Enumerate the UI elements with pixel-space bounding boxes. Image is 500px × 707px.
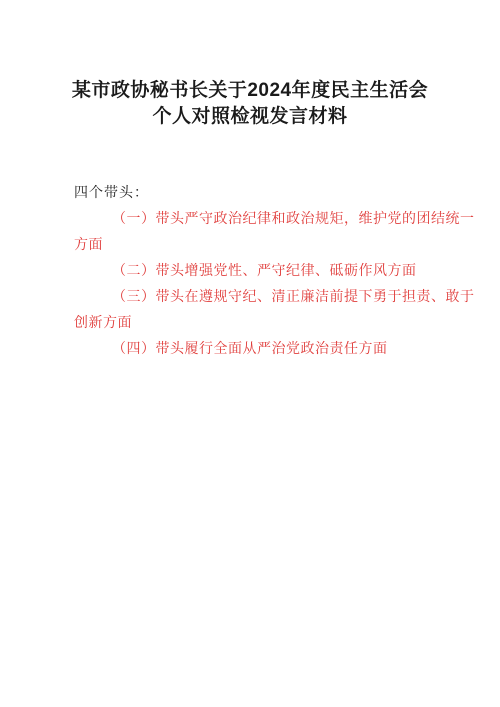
document-page: 某市政协秘书长关于2024年度民主生活会 个人对照检视发言材料 四个带头： （一… — [0, 0, 500, 707]
item-2-line-1: （二）带头增强党性、严守纪律、砥砺作风方面 — [74, 258, 426, 284]
item-3-line-2: 创新方面 — [74, 310, 426, 336]
document-title: 某市政协秘书长关于2024年度民主生活会 个人对照检视发言材料 — [0, 78, 500, 130]
item-3-line-1: （三）带头在遵规守纪、清正廉洁前提下勇于担责、敢于 — [74, 284, 426, 310]
item-1-line-1: （一）带头严守政治纪律和政治规矩，维护党的团结统一 — [74, 206, 426, 232]
item-1-line-2: 方面 — [74, 232, 426, 258]
item-4-line-1: （四）带头履行全面从严治党政治责任方面 — [74, 336, 426, 362]
title-line-1: 某市政协秘书长关于2024年度民主生活会 — [0, 78, 500, 104]
section-heading: 四个带头： — [74, 180, 426, 206]
title-line-2: 个人对照检视发言材料 — [0, 104, 500, 130]
document-body: 四个带头： （一）带头严守政治纪律和政治规矩，维护党的团结统一 方面 （二）带头… — [74, 180, 426, 362]
